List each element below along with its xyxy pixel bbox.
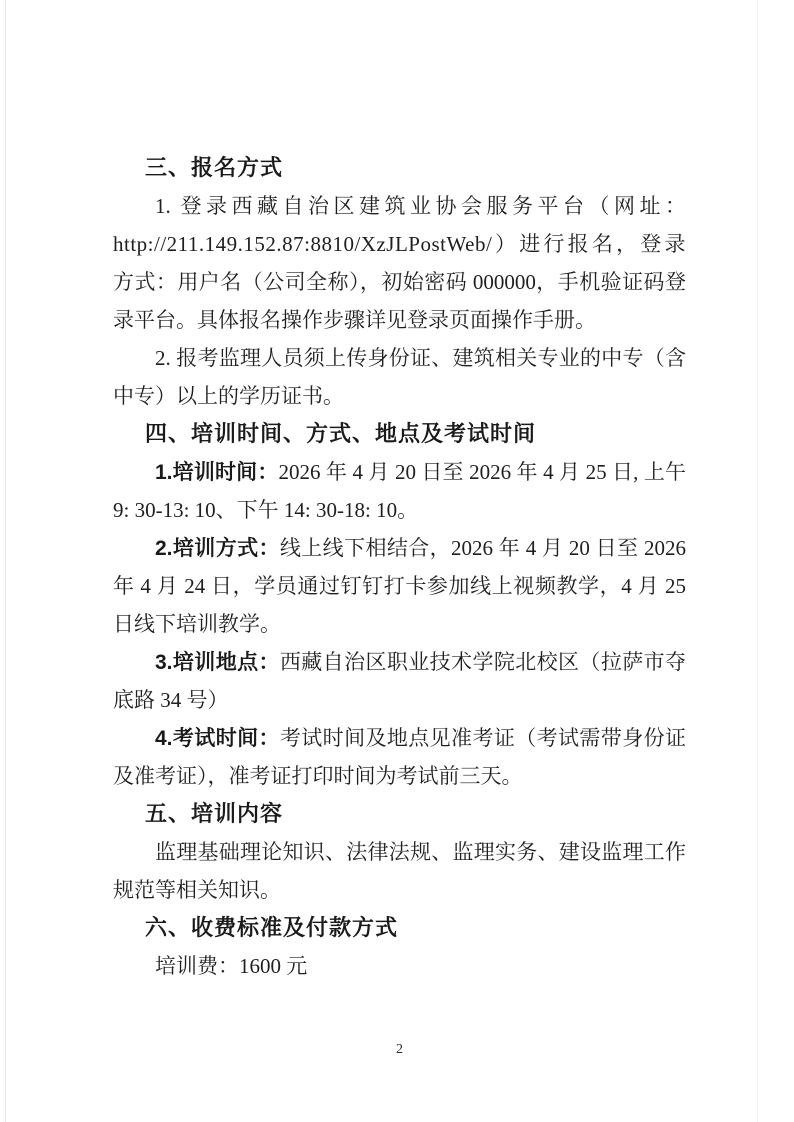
section-3-heading: 三、报名方式 (145, 149, 686, 187)
section-4-paragraph-4: 4.考试时间：考试时间及地点见准考证（考试需带身份证 及准考证），准考证打印时间… (113, 719, 686, 795)
section-4: 四、培训时间、方式、地点及考试时间 1.培训时间：2026 年 4 月 20 日… (113, 415, 686, 795)
section-4-heading: 四、培训时间、方式、地点及考试时间 (145, 415, 686, 453)
text-line: 规范等相关知识。 (113, 871, 686, 909)
section-5-paragraph-1: 监理基础理论知识、法律法规、监理实务、建设监理工作 规范等相关知识。 (113, 833, 686, 909)
section-6-paragraph-1: 培训费：1600 元 (113, 947, 686, 985)
text-line: 2. 报考监理人员须上传身份证、建筑相关专业的中专（含 (113, 339, 686, 377)
text-line: 方式：用户名（公司全称），初始密码 000000，手机验证码登 (113, 263, 686, 301)
text-line: 9: 30-13: 10、下午 14: 30-18: 10。 (113, 491, 686, 529)
text-line: 底路 34 号） (113, 681, 686, 719)
text-line: 2.培训方式：线上线下相结合，2026 年 4 月 20 日至 2026 (113, 529, 686, 567)
run-text: 西藏自治区职业技术学院北校区（拉萨市夺 (280, 650, 686, 674)
text-line: 1.培训时间：2026 年 4 月 20 日至 2026 年 4 月 25 日,… (113, 453, 686, 491)
run-label: 3.培训地点： (155, 651, 280, 674)
run-text: 2026 年 4 月 20 日至 2026 年 4 月 25 日, 上午 (279, 460, 687, 484)
text-line: 录平台。具体报名操作步骤详见登录页面操作手册。 (113, 301, 686, 339)
section-5-heading: 五、培训内容 (145, 795, 686, 833)
run-label: 1.培训时间： (155, 461, 279, 484)
scan-edge-artifact-left (5, 0, 6, 1122)
section-4-paragraph-3: 3.培训地点：西藏自治区职业技术学院北校区（拉萨市夺 底路 34 号） (113, 643, 686, 719)
page-number: 2 (113, 1040, 686, 1060)
section-6: 六、收费标准及付款方式 培训费：1600 元 (113, 909, 686, 985)
text-line: 及准考证），准考证打印时间为考试前三天。 (113, 757, 686, 795)
text-line: 培训费：1600 元 (113, 947, 686, 985)
text-line: 1. 登录西藏自治区建筑业协会服务平台（网址： (113, 187, 686, 225)
section-3-paragraph-2: 2. 报考监理人员须上传身份证、建筑相关专业的中专（含 中专）以上的学历证书。 (113, 339, 686, 415)
section-6-heading: 六、收费标准及付款方式 (145, 909, 686, 947)
text-line-url: http://211.149.152.87:8810/XzJLPostWeb/）… (113, 225, 686, 263)
run-label: 2.培训方式： (155, 537, 280, 560)
run-text: 线上线下相结合，2026 年 4 月 20 日至 2026 (280, 536, 686, 560)
section-4-paragraph-1: 1.培训时间：2026 年 4 月 20 日至 2026 年 4 月 25 日,… (113, 453, 686, 529)
text-line: 年 4 月 24 日，学员通过钉钉打卡参加线上视频教学，4 月 25 (113, 567, 686, 605)
section-3: 三、报名方式 1. 登录西藏自治区建筑业协会服务平台（网址： http://21… (113, 149, 686, 415)
text-line: 中专）以上的学历证书。 (113, 377, 686, 415)
document-page: 三、报名方式 1. 登录西藏自治区建筑业协会服务平台（网址： http://21… (0, 0, 794, 1122)
section-4-paragraph-2: 2.培训方式：线上线下相结合，2026 年 4 月 20 日至 2026 年 4… (113, 529, 686, 643)
document-body: 三、报名方式 1. 登录西藏自治区建筑业协会服务平台（网址： http://21… (113, 149, 686, 985)
text-line: 3.培训地点：西藏自治区职业技术学院北校区（拉萨市夺 (113, 643, 686, 681)
text-line: 4.考试时间：考试时间及地点见准考证（考试需带身份证 (113, 719, 686, 757)
text-line: 监理基础理论知识、法律法规、监理实务、建设监理工作 (113, 833, 686, 871)
run-label: 4.考试时间： (155, 727, 280, 750)
run-text: 考试时间及地点见准考证（考试需带身份证 (280, 726, 686, 750)
section-5: 五、培训内容 监理基础理论知识、法律法规、监理实务、建设监理工作 规范等相关知识… (113, 795, 686, 909)
section-3-paragraph-1: 1. 登录西藏自治区建筑业协会服务平台（网址： http://211.149.1… (113, 187, 686, 339)
text-line: 日线下培训教学。 (113, 605, 686, 643)
scan-edge-artifact-right (757, 0, 758, 1122)
